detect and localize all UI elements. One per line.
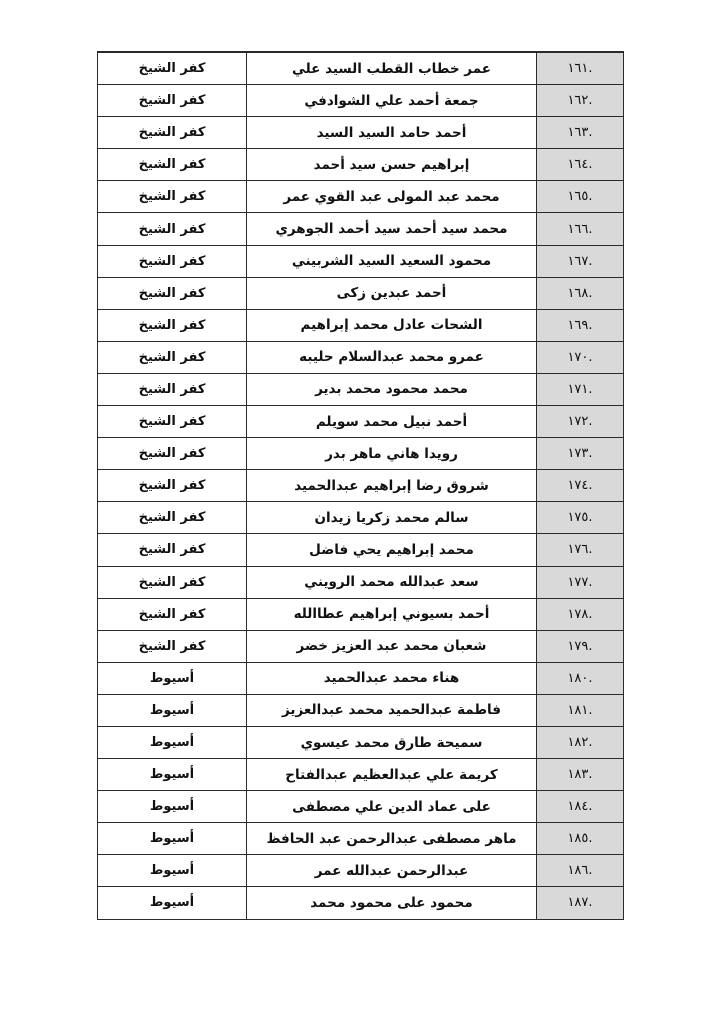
table-row: أسيوط محمود على محمود محمد .١٨٧: [98, 887, 624, 919]
number-cell: .١٦٣: [537, 117, 624, 149]
name-cell: أحمد بسيوني إبراهيم عطاالله: [247, 598, 537, 630]
governorate-cell: أسيوط: [98, 694, 247, 726]
governorate-cell: كفر الشيخ: [98, 117, 247, 149]
name-cell: عمرو محمد عبدالسلام حليبه: [247, 341, 537, 373]
name-cell: سميحة طارق محمد عيسوي: [247, 726, 537, 758]
name-cell: محمد سيد أحمد سيد أحمد الجوهري: [247, 213, 537, 245]
number-cell: .١٧٥: [537, 502, 624, 534]
table-row: كفر الشيخ عمر خطاب القطب السيد علي .١٦١: [98, 52, 624, 85]
governorate-cell: أسيوط: [98, 887, 247, 919]
number-cell: .١٨٥: [537, 823, 624, 855]
governorate-cell: كفر الشيخ: [98, 245, 247, 277]
number-cell: .١٧٠: [537, 341, 624, 373]
table-row: كفر الشيخ إبراهيم حسن سيد أحمد .١٦٤: [98, 149, 624, 181]
name-cell: محمود على محمود محمد: [247, 887, 537, 919]
governorate-cell: كفر الشيخ: [98, 277, 247, 309]
name-cell: سالم محمد زكريا زيدان: [247, 502, 537, 534]
number-cell: .١٧٢: [537, 406, 624, 438]
table-row: كفر الشيخ شروق رضا إبراهيم عبدالحميد .١٧…: [98, 470, 624, 502]
document-page: كفر الشيخ عمر خطاب القطب السيد علي .١٦١ …: [97, 51, 622, 920]
governorate-cell: كفر الشيخ: [98, 598, 247, 630]
table-row: كفر الشيخ محمد سيد أحمد سيد أحمد الجوهري…: [98, 213, 624, 245]
governorate-cell: كفر الشيخ: [98, 52, 247, 85]
name-cell: الشحات عادل محمد إبراهيم: [247, 309, 537, 341]
table-row: كفر الشيخ محمد عبد المولى عبد القوي عمر …: [98, 181, 624, 213]
number-cell: .١٨٢: [537, 726, 624, 758]
name-cell: سعد عبدالله محمد الرويني: [247, 566, 537, 598]
names-table: كفر الشيخ عمر خطاب القطب السيد علي .١٦١ …: [97, 51, 624, 920]
name-cell: هناء محمد عبدالحميد: [247, 662, 537, 694]
table-row: كفر الشيخ رويدا هاني ماهر بدر .١٧٣: [98, 438, 624, 470]
number-cell: .١٦٦: [537, 213, 624, 245]
table-row: كفر الشيخ محمد محمود محمد بدير .١٧١: [98, 373, 624, 405]
name-cell: أحمد حامد السيد السيد: [247, 117, 537, 149]
table-row: أسيوط هناء محمد عبدالحميد .١٨٠: [98, 662, 624, 694]
governorate-cell: كفر الشيخ: [98, 534, 247, 566]
table-row: كفر الشيخ سعد عبدالله محمد الرويني .١٧٧: [98, 566, 624, 598]
governorate-cell: أسيوط: [98, 726, 247, 758]
name-cell: إبراهيم حسن سيد أحمد: [247, 149, 537, 181]
governorate-cell: كفر الشيخ: [98, 373, 247, 405]
table-row: كفر الشيخ أحمد بسيوني إبراهيم عطاالله .١…: [98, 598, 624, 630]
governorate-cell: كفر الشيخ: [98, 566, 247, 598]
name-cell: أحمد نبيل محمد سويلم: [247, 406, 537, 438]
number-cell: .١٨٤: [537, 791, 624, 823]
table-row: أسيوط ماهر مصطفى عبدالرحمن عبد الحافظ .١…: [98, 823, 624, 855]
governorate-cell: كفر الشيخ: [98, 149, 247, 181]
number-cell: .١٧٣: [537, 438, 624, 470]
number-cell: .١٨٠: [537, 662, 624, 694]
table-row: أسيوط عبدالرحمن عبدالله عمر .١٨٦: [98, 855, 624, 887]
name-cell: عبدالرحمن عبدالله عمر: [247, 855, 537, 887]
name-cell: محمد محمود محمد بدير: [247, 373, 537, 405]
governorate-cell: كفر الشيخ: [98, 341, 247, 373]
name-cell: فاطمة عبدالحميد محمد عبدالعزيز: [247, 694, 537, 726]
governorate-cell: كفر الشيخ: [98, 502, 247, 534]
table-row: كفر الشيخ أحمد نبيل محمد سويلم .١٧٢: [98, 406, 624, 438]
table-row: كفر الشيخ الشحات عادل محمد إبراهيم .١٦٩: [98, 309, 624, 341]
table-row: كفر الشيخ جمعة أحمد علي الشوادفي .١٦٢: [98, 85, 624, 117]
number-cell: .١٨٦: [537, 855, 624, 887]
governorate-cell: كفر الشيخ: [98, 630, 247, 662]
governorate-cell: كفر الشيخ: [98, 406, 247, 438]
table-row: كفر الشيخ محمود السعيد السيد الشربيني .١…: [98, 245, 624, 277]
name-cell: رويدا هاني ماهر بدر: [247, 438, 537, 470]
number-cell: .١٨٣: [537, 759, 624, 791]
name-cell: جمعة أحمد علي الشوادفي: [247, 85, 537, 117]
governorate-cell: كفر الشيخ: [98, 85, 247, 117]
name-cell: أحمد عبدين زكى: [247, 277, 537, 309]
governorate-cell: كفر الشيخ: [98, 470, 247, 502]
name-cell: عمر خطاب القطب السيد علي: [247, 52, 537, 85]
name-cell: شروق رضا إبراهيم عبدالحميد: [247, 470, 537, 502]
number-cell: .١٦٥: [537, 181, 624, 213]
name-cell: ماهر مصطفى عبدالرحمن عبد الحافظ: [247, 823, 537, 855]
number-cell: .١٧٨: [537, 598, 624, 630]
governorate-cell: كفر الشيخ: [98, 438, 247, 470]
number-cell: .١٧٤: [537, 470, 624, 502]
table-row: كفر الشيخ سالم محمد زكريا زيدان .١٧٥: [98, 502, 624, 534]
number-cell: .١٦٧: [537, 245, 624, 277]
table-row: كفر الشيخ عمرو محمد عبدالسلام حليبه .١٧٠: [98, 341, 624, 373]
governorate-cell: أسيوط: [98, 823, 247, 855]
table-row: كفر الشيخ أحمد عبدين زكى .١٦٨: [98, 277, 624, 309]
table-row: أسيوط كريمة علي عبدالعظيم عبدالفتاح .١٨٣: [98, 759, 624, 791]
governorate-cell: أسيوط: [98, 759, 247, 791]
number-cell: .١٦٨: [537, 277, 624, 309]
name-cell: محمد عبد المولى عبد القوي عمر: [247, 181, 537, 213]
table-row: كفر الشيخ أحمد حامد السيد السيد .١٦٣: [98, 117, 624, 149]
governorate-cell: أسيوط: [98, 855, 247, 887]
number-cell: .١٦٩: [537, 309, 624, 341]
number-cell: .١٧٦: [537, 534, 624, 566]
governorate-cell: كفر الشيخ: [98, 309, 247, 341]
number-cell: .١٦٤: [537, 149, 624, 181]
governorate-cell: أسيوط: [98, 662, 247, 694]
number-cell: .١٧٧: [537, 566, 624, 598]
table-row: أسيوط على عماد الدين علي مصطفى .١٨٤: [98, 791, 624, 823]
number-cell: .١٨٧: [537, 887, 624, 919]
name-cell: محمود السعيد السيد الشربيني: [247, 245, 537, 277]
number-cell: .١٧١: [537, 373, 624, 405]
governorate-cell: أسيوط: [98, 791, 247, 823]
name-cell: شعبان محمد عبد العزيز خضر: [247, 630, 537, 662]
table-row: أسيوط سميحة طارق محمد عيسوي .١٨٢: [98, 726, 624, 758]
table-row: كفر الشيخ شعبان محمد عبد العزيز خضر .١٧٩: [98, 630, 624, 662]
table-row: كفر الشيخ محمد إبراهيم يحي فاضل .١٧٦: [98, 534, 624, 566]
name-cell: محمد إبراهيم يحي فاضل: [247, 534, 537, 566]
name-cell: كريمة علي عبدالعظيم عبدالفتاح: [247, 759, 537, 791]
governorate-cell: كفر الشيخ: [98, 213, 247, 245]
number-cell: .١٦١: [537, 52, 624, 85]
number-cell: .١٧٩: [537, 630, 624, 662]
governorate-cell: كفر الشيخ: [98, 181, 247, 213]
table-row: أسيوط فاطمة عبدالحميد محمد عبدالعزيز .١٨…: [98, 694, 624, 726]
number-cell: .١٨١: [537, 694, 624, 726]
names-table-body: كفر الشيخ عمر خطاب القطب السيد علي .١٦١ …: [98, 52, 624, 919]
name-cell: على عماد الدين علي مصطفى: [247, 791, 537, 823]
number-cell: .١٦٢: [537, 85, 624, 117]
